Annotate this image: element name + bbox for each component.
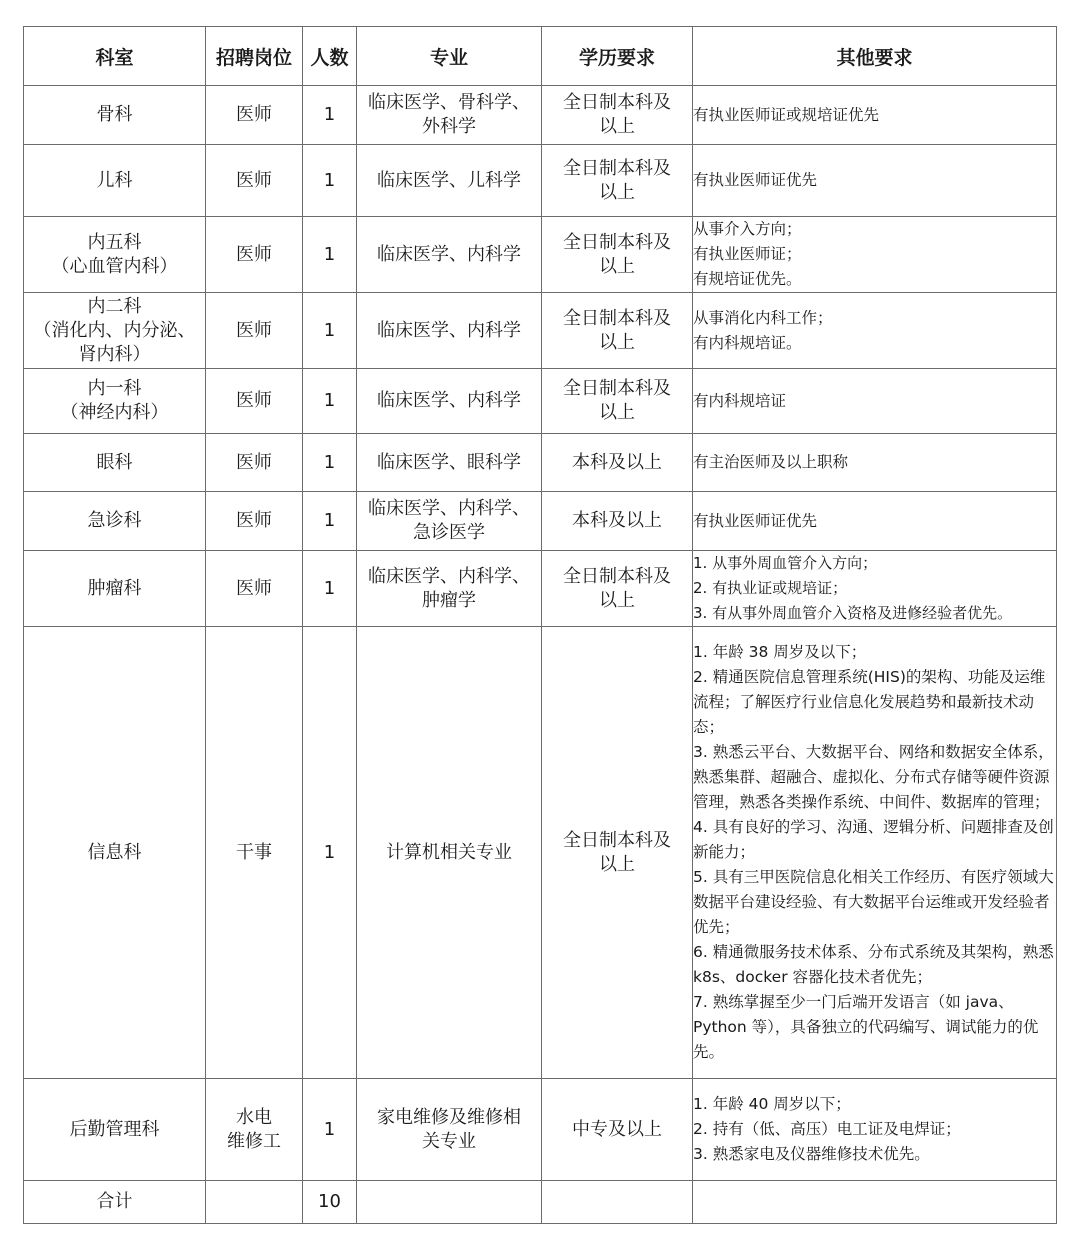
header-position: 招聘岗位 xyxy=(206,27,303,86)
requirement-line: 2. 精通医院信息管理系统(HIS)的架构、功能及运维流程；了解医疗行业信息化发… xyxy=(693,665,1056,740)
cell-count: 1 xyxy=(303,145,357,217)
cell-position: 医师 xyxy=(206,293,303,369)
table-row: 骨科 医师 1 临床医学、骨科学、 外科学 全日制本科及 以上 有执业医师证或规… xyxy=(24,86,1057,145)
requirement-line: 有内科规培证。 xyxy=(693,331,1056,356)
total-position xyxy=(206,1181,303,1224)
table-row: 急诊科 医师 1 临床医学、内科学、 急诊医学 本科及以上 有执业医师证优先 xyxy=(24,492,1057,551)
cell-other: 1. 年龄 40 周岁以下； 2. 持有（低、高压）电工证及电焊证； 3. 熟悉… xyxy=(693,1079,1057,1181)
cell-other: 1. 从事外周血管介入方向； 2. 有执业证或规培证； 3. 有从事外周血管介入… xyxy=(693,551,1057,627)
requirement-line: 有执业医师证优先 xyxy=(693,509,1056,534)
requirement-line: 从事介入方向； xyxy=(693,217,1056,242)
cell-count: 1 xyxy=(303,492,357,551)
cell-count: 1 xyxy=(303,86,357,145)
total-label: 合计 xyxy=(24,1181,206,1224)
cell-position: 医师 xyxy=(206,217,303,293)
total-other xyxy=(693,1181,1057,1224)
cell-dept: 急诊科 xyxy=(24,492,206,551)
cell-count: 1 xyxy=(303,217,357,293)
cell-position: 医师 xyxy=(206,492,303,551)
cell-dept: 眼科 xyxy=(24,434,206,492)
requirement-line: 2. 有执业证或规培证； xyxy=(693,576,1056,601)
cell-dept: 儿科 xyxy=(24,145,206,217)
recruitment-table: 科室 招聘岗位 人数 专业 学历要求 其他要求 骨科 医师 1 临床医学、骨科学… xyxy=(23,26,1057,1224)
cell-dept: 骨科 xyxy=(24,86,206,145)
total-education xyxy=(542,1181,693,1224)
table-row: 后勤管理科 水电 维修工 1 家电维修及维修相 关专业 中专及以上 1. 年龄 … xyxy=(24,1079,1057,1181)
table-row: 儿科 医师 1 临床医学、儿科学 全日制本科及 以上 有执业医师证优先 xyxy=(24,145,1057,217)
cell-education: 本科及以上 xyxy=(542,492,693,551)
requirement-line: 有规培证优先。 xyxy=(693,267,1056,292)
cell-count: 1 xyxy=(303,1079,357,1181)
requirement-line: 5. 具有三甲医院信息化相关工作经历、有医疗领域大数据平台建设经验、有大数据平台… xyxy=(693,865,1056,940)
requirement-line: 有执业医师证优先 xyxy=(693,168,1056,193)
cell-major: 临床医学、内科学、 急诊医学 xyxy=(357,492,542,551)
cell-position: 医师 xyxy=(206,145,303,217)
table-row: 内五科 （心血管内科） 医师 1 临床医学、内科学 全日制本科及 以上 从事介入… xyxy=(24,217,1057,293)
cell-major: 临床医学、眼科学 xyxy=(357,434,542,492)
total-row: 合计 10 xyxy=(24,1181,1057,1224)
header-other: 其他要求 xyxy=(693,27,1057,86)
requirement-line: 2. 持有（低、高压）电工证及电焊证； xyxy=(693,1117,1056,1142)
cell-education: 全日制本科及 以上 xyxy=(542,145,693,217)
cell-position: 医师 xyxy=(206,434,303,492)
cell-education: 全日制本科及 以上 xyxy=(542,217,693,293)
cell-position: 医师 xyxy=(206,86,303,145)
cell-major: 临床医学、内科学 xyxy=(357,293,542,369)
requirement-line: 有执业医师证； xyxy=(693,242,1056,267)
requirement-line: 有主治医师及以上职称 xyxy=(693,450,1056,475)
cell-major: 临床医学、儿科学 xyxy=(357,145,542,217)
cell-dept: 内二科 （消化内、内分泌、 肾内科） xyxy=(24,293,206,369)
cell-position: 干事 xyxy=(206,627,303,1079)
cell-other: 1. 年龄 38 周岁及以下； 2. 精通医院信息管理系统(HIS)的架构、功能… xyxy=(693,627,1057,1079)
cell-education: 全日制本科及 以上 xyxy=(542,551,693,627)
cell-count: 1 xyxy=(303,434,357,492)
table-row: 眼科 医师 1 临床医学、眼科学 本科及以上 有主治医师及以上职称 xyxy=(24,434,1057,492)
cell-position: 水电 维修工 xyxy=(206,1079,303,1181)
requirement-line: 有内科规培证 xyxy=(693,389,1056,414)
requirement-line: 1. 年龄 38 周岁及以下； xyxy=(693,640,1056,665)
requirement-line: 3. 熟悉家电及仪器维修技术优先。 xyxy=(693,1142,1056,1167)
cell-count: 1 xyxy=(303,369,357,434)
header-row: 科室 招聘岗位 人数 专业 学历要求 其他要求 xyxy=(24,27,1057,86)
cell-dept: 内一科 （神经内科） xyxy=(24,369,206,434)
cell-major: 临床医学、骨科学、 外科学 xyxy=(357,86,542,145)
cell-dept: 后勤管理科 xyxy=(24,1079,206,1181)
total-count: 10 xyxy=(303,1181,357,1224)
cell-other: 有执业医师证优先 xyxy=(693,145,1057,217)
cell-count: 1 xyxy=(303,293,357,369)
requirement-line: 3. 熟悉云平台、大数据平台、网络和数据安全体系，熟悉集群、超融合、虚拟化、分布… xyxy=(693,740,1056,815)
cell-education: 全日制本科及 以上 xyxy=(542,86,693,145)
cell-position: 医师 xyxy=(206,551,303,627)
header-count: 人数 xyxy=(303,27,357,86)
cell-education: 全日制本科及 以上 xyxy=(542,369,693,434)
cell-major: 计算机相关专业 xyxy=(357,627,542,1079)
requirement-line: 从事消化内科工作； xyxy=(693,306,1056,331)
cell-other: 有内科规培证 xyxy=(693,369,1057,434)
cell-education: 本科及以上 xyxy=(542,434,693,492)
cell-other: 从事介入方向； 有执业医师证； 有规培证优先。 xyxy=(693,217,1057,293)
cell-education: 全日制本科及 以上 xyxy=(542,293,693,369)
requirement-line: 6. 精通微服务技术体系、分布式系统及其架构，熟悉 k8s、docker 容器化… xyxy=(693,940,1056,990)
requirement-line: 1. 年龄 40 周岁以下； xyxy=(693,1092,1056,1117)
header-dept: 科室 xyxy=(24,27,206,86)
requirement-line: 3. 有从事外周血管介入资格及进修经验者优先。 xyxy=(693,601,1056,626)
cell-dept: 内五科 （心血管内科） xyxy=(24,217,206,293)
table-row: 肿瘤科 医师 1 临床医学、内科学、 肿瘤学 全日制本科及 以上 1. 从事外周… xyxy=(24,551,1057,627)
requirement-line: 7. 熟练掌握至少一门后端开发语言（如 java、Python 等），具备独立的… xyxy=(693,990,1056,1065)
table-row: 信息科 干事 1 计算机相关专业 全日制本科及 以上 1. 年龄 38 周岁及以… xyxy=(24,627,1057,1079)
cell-major: 临床医学、内科学 xyxy=(357,217,542,293)
cell-major: 临床医学、内科学、 肿瘤学 xyxy=(357,551,542,627)
requirement-line: 1. 从事外周血管介入方向； xyxy=(693,551,1056,576)
requirement-line: 4. 具有良好的学习、沟通、逻辑分析、问题排查及创新能力； xyxy=(693,815,1056,865)
cell-count: 1 xyxy=(303,627,357,1079)
cell-dept: 信息科 xyxy=(24,627,206,1079)
cell-other: 有执业医师证或规培证优先 xyxy=(693,86,1057,145)
header-major: 专业 xyxy=(357,27,542,86)
cell-other: 有执业医师证优先 xyxy=(693,492,1057,551)
cell-major: 家电维修及维修相 关专业 xyxy=(357,1079,542,1181)
total-major xyxy=(357,1181,542,1224)
cell-major: 临床医学、内科学 xyxy=(357,369,542,434)
cell-education: 中专及以上 xyxy=(542,1079,693,1181)
cell-position: 医师 xyxy=(206,369,303,434)
requirement-line: 有执业医师证或规培证优先 xyxy=(693,103,1056,128)
cell-other: 从事消化内科工作； 有内科规培证。 xyxy=(693,293,1057,369)
table-row: 内一科 （神经内科） 医师 1 临床医学、内科学 全日制本科及 以上 有内科规培… xyxy=(24,369,1057,434)
cell-other: 有主治医师及以上职称 xyxy=(693,434,1057,492)
cell-dept: 肿瘤科 xyxy=(24,551,206,627)
table-row: 内二科 （消化内、内分泌、 肾内科） 医师 1 临床医学、内科学 全日制本科及 … xyxy=(24,293,1057,369)
cell-count: 1 xyxy=(303,551,357,627)
cell-education: 全日制本科及 以上 xyxy=(542,627,693,1079)
header-education: 学历要求 xyxy=(542,27,693,86)
